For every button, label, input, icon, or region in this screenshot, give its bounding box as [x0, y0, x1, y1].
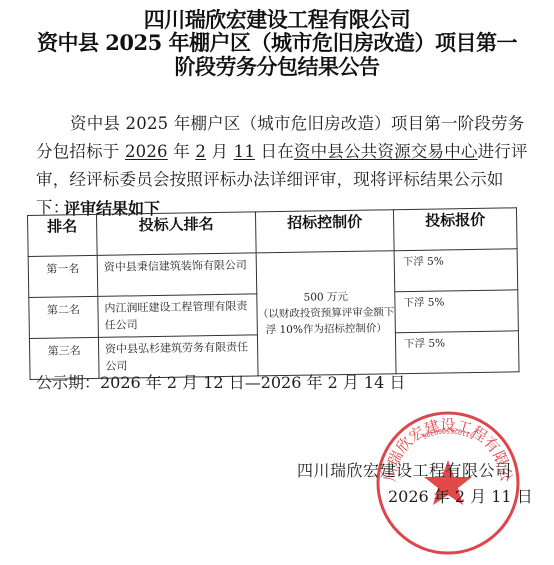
header-bidder: 投标人排名 [96, 212, 256, 255]
signature-company: 四川瑞欣宏建设工程有限公司 [297, 458, 512, 481]
header-rank: 排名 [28, 214, 98, 256]
results-table: 排名 投标人排名 招标控制价 投标报价 第一名 资中县秉信建筑装饰有限公司 50… [27, 207, 520, 380]
title-announcement: 阶段劳务分包结果公告 [0, 56, 554, 78]
control-price-cell: 500 万元 （以财政投资预算评审金额下浮 10%作为招标控制价） [256, 251, 396, 376]
company-seal-icon: 四川瑞欣宏建设工程有限公司 5110255060396 [373, 408, 523, 558]
header-control-price: 招标控制价 [255, 210, 394, 253]
bid-cell: 下浮 5% [395, 290, 519, 333]
intro-year: 2026 [125, 142, 168, 161]
bid-cell: 下浮 5% [394, 249, 518, 292]
title-project: 资中县 2025 年棚户区（城市危旧房改造）项目第一 [0, 32, 554, 54]
intro-month: 2 [195, 142, 206, 161]
control-price-note: （以财政投资预算评审金额下浮 10%作为招标控制价） [257, 304, 394, 338]
intro-text: 年 [168, 142, 196, 161]
intro-text: 月 [206, 142, 234, 161]
title-company: 四川瑞欣宏建设工程有限公司 [0, 9, 554, 31]
intro-venue: 资中县公共资源交易中心 [294, 142, 478, 161]
rank-cell: 第一名 [28, 255, 98, 297]
rank-cell: 第二名 [29, 296, 99, 338]
bid-cell: 下浮 5% [395, 331, 519, 374]
bidder-cell: 资中县秉信建筑装饰有限公司 [97, 253, 257, 296]
signature-date: 2026 年 2 月 11 日 [388, 484, 533, 507]
intro-day: 11 [234, 142, 255, 161]
bidder-cell: 内江润旺建设工程管理有限责任公司 [98, 294, 258, 337]
header-bid: 投标报价 [393, 208, 517, 251]
intro-text: 日在 [255, 142, 294, 161]
notice-period: 公示期：2026 年 2 月 12 日—2026 年 2 月 14 日 [36, 372, 405, 394]
